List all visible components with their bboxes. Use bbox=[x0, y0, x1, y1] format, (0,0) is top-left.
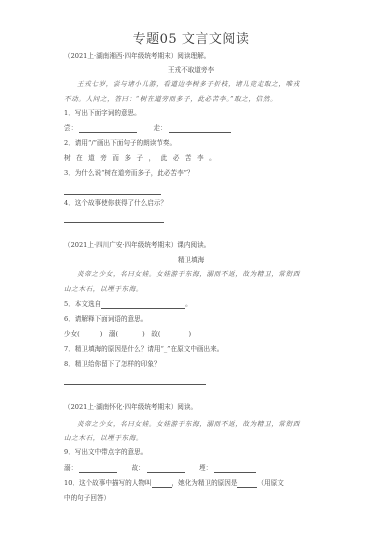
question-1-answers: 尝： 走： bbox=[64, 124, 231, 133]
q6-word-3: ) 故( bbox=[142, 330, 160, 338]
q9-word-label-1: 溺： bbox=[64, 464, 77, 472]
section2-passage-title: 精卫填海 bbox=[0, 256, 382, 265]
worksheet-page: 专题05 文言文阅读 （2021上·湖南湘西·四年级统考期末）阅读理解。 王戎不… bbox=[0, 0, 382, 540]
q1-answer-blank-1[interactable] bbox=[79, 125, 137, 133]
section1-passage-title: 王戎不取道旁李 bbox=[0, 66, 382, 75]
q10-part3: （用原文 bbox=[257, 479, 283, 487]
q9-word-label-3: 堙： bbox=[199, 464, 212, 472]
section2-passage-line1: 炎帝之少女，名曰女娃。女娃游于东海，溺而不返，故为精卫，常衔西 bbox=[64, 270, 324, 279]
q10-answer-blank-1[interactable] bbox=[152, 480, 172, 488]
q10-answer-blank-2[interactable] bbox=[237, 480, 257, 488]
question-10-line2: 中的句子回答） bbox=[64, 494, 110, 503]
section1-passage-line1: 王戎七岁，尝与诸小儿游，看道边李树多子折枝，诸儿竞走取之，唯戎 bbox=[64, 80, 324, 89]
question-4: 4．这个故事使你获得了什么启示？ bbox=[64, 199, 167, 208]
q9-word-label-2: 故： bbox=[132, 464, 145, 472]
question-9: 9．写出文中带点字的意思。 bbox=[64, 448, 147, 457]
document-title: 专题05 文言文阅读 bbox=[0, 28, 382, 47]
q8-answer-line[interactable] bbox=[64, 384, 206, 385]
section3-passage-line2: 山之木石，以堙于东海。 bbox=[64, 434, 324, 443]
question-3: 3．为什么说“树在道旁而多子，此必苦李”？ bbox=[64, 169, 194, 178]
q5-answer-blank[interactable] bbox=[101, 301, 185, 309]
q6-word-1: 少女( bbox=[64, 330, 80, 338]
q4-answer-line[interactable] bbox=[64, 222, 164, 223]
section2-source: （2021上·四川广安·四年级统考期末）课内阅读。 bbox=[64, 241, 210, 250]
question-5: 5．本文选自。 bbox=[64, 300, 192, 309]
q1-word-label-2: 走： bbox=[154, 124, 167, 132]
section1-source: （2021上·湖南湘西·四年级统考期末）阅读理解。 bbox=[64, 52, 210, 61]
question-2-sentence[interactable]: 树在道旁而多子，此必苦李。 bbox=[64, 154, 221, 163]
q3-answer-line[interactable] bbox=[64, 194, 161, 195]
q6-end: ) bbox=[188, 330, 191, 338]
q9-answer-blank-1[interactable] bbox=[79, 465, 117, 473]
section2-passage-line2: 山之木石，以堙于东海。 bbox=[64, 285, 324, 294]
question-6-answers: 少女() 溺() 故() bbox=[64, 330, 191, 339]
q5-prefix: 5．本文选自 bbox=[64, 300, 101, 308]
question-7: 7．精卫填海的原因是什么？请用“_”在原文中画出来。 bbox=[64, 345, 223, 354]
question-2: 2．请用“/”画出下面句子的朗读节奏。 bbox=[64, 139, 176, 148]
question-8: 8．精卫给你留下了怎样的印象？ bbox=[64, 360, 161, 369]
q10-part1: 10．这个故事中描写的人物叫 bbox=[64, 479, 152, 487]
section3-passage-line1: 炎帝之少女，名曰女娃。女娃游于东海，溺而不返，故为精卫，常衔西 bbox=[64, 420, 324, 429]
section1-passage-line2: 不动。人问之，答曰：“树在道旁而多子，此必苦李。”取之，信然。 bbox=[64, 95, 324, 104]
question-9-answers: 溺： 故： 堙： bbox=[64, 464, 256, 473]
section3-source: （2021上·湖南怀化·四年级统考期末）阅读。 bbox=[64, 403, 197, 412]
question-10: 10．这个故事中描写的人物叫，她化为精卫的原因是（用原文 bbox=[64, 479, 284, 488]
q1-word-label-1: 尝： bbox=[64, 124, 77, 132]
q1-answer-blank-2[interactable] bbox=[169, 125, 231, 133]
question-1: 1．写出下面字词的意思。 bbox=[64, 109, 141, 118]
q9-answer-blank-3[interactable] bbox=[214, 465, 256, 473]
q9-answer-blank-2[interactable] bbox=[147, 465, 185, 473]
q10-part2: ，她化为精卫的原因是 bbox=[172, 479, 238, 487]
q6-word-2: ) 溺( bbox=[100, 330, 118, 338]
question-6: 6．请解释下面词语的意思。 bbox=[64, 315, 147, 324]
q5-suffix: 。 bbox=[185, 300, 192, 308]
